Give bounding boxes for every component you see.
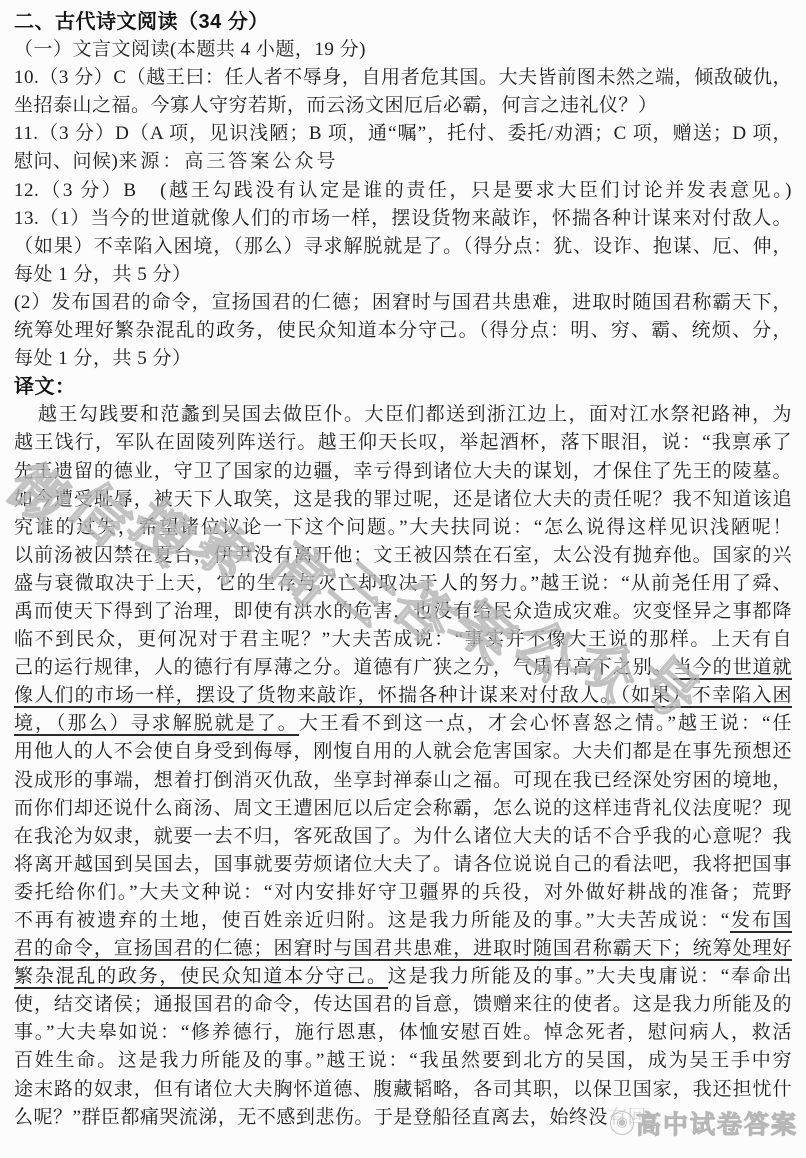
underlined-text: 繁杂混乱的政务，使民众知道本分守己。 — [14, 966, 388, 989]
underlined-text: 当今的世道就 — [673, 657, 792, 680]
text-segment: 事。”大夫皋如说：“修养德行，施行恩惠，体恤安慰百姓。悼念死者，慰问病人，救活 — [14, 1022, 792, 1043]
text-line: 么呢？”群臣都痛哭流涕，无不感到悲伤。于是登船径直离去，始终没有回 — [14, 1104, 792, 1132]
text-line: 像人们的市场一样，摆设了货物来敲诈，怀揣各种计谋来对付敌人。（如果）不幸陷入困 — [14, 682, 792, 710]
text-segment: 以前汤被囚禁在夏台，伊尹没有离开他；文王被囚禁在石室，太公没有抛弃他。国家的兴 — [14, 545, 792, 566]
text-segment: 越王勾践要和范蠡到吴国去做臣仆。大臣们都送到浙江边上，面对江水祭祀路神，为 — [38, 404, 792, 425]
text-segment: （一）文言文阅读(本题共 4 小题，19 分) — [14, 39, 366, 60]
text-segment: 大王看不到这一点，才会心怀喜怒之情。”越王说：“任 — [299, 713, 792, 734]
text-segment: 不再有被遗弃的土地，使百姓亲近归附。这是我力所能及的事。”大夫苦成说：“ — [14, 910, 730, 931]
text-line: 使，结交诸侯；通报国君的命令，传达国君的旨意，馈赠来往的使者。这是我力所能及的 — [14, 991, 792, 1019]
text-segment: 每处 1 分，共 5 分） — [14, 264, 192, 285]
text-segment: 如今遭受耻辱，被天下人取笑，这是我的罪过呢，还是诸位大夫的责任呢？我不知道该追 — [14, 489, 792, 510]
text-line: 13.（1）当今的世道就像人们的市场一样，摆设货物来敲诈，怀揣各种计谋来对付敌人… — [14, 205, 792, 233]
text-segment: 而你们却还说什么商汤、周文王遭困厄以后定会称霸，怎么说的这样违背礼仪法度呢？现 — [14, 798, 792, 819]
text-line: 在我沦为奴隶，就要一去不归，客死敌国了。为什么诸位大夫的话不合乎我的心意呢？我 — [14, 823, 792, 851]
text-line: 越王勾践要和范蠡到吴国去做臣仆。大臣们都送到浙江边上，面对江水祭祀路神，为 — [14, 401, 792, 429]
text-line: 慰问、问候)来源：高三答案公众号 — [14, 148, 792, 176]
text-segment: 究谁的过失，希望诸位议论一下这个问题。”大夫扶同说：“怎么说得这样见识浅陋呢！ — [14, 517, 792, 538]
text-segment: 使，结交诸侯；通报国君的命令，传达国君的旨意，馈赠来往的使者。这是我力所能及的 — [14, 994, 792, 1015]
text-line: 繁杂混乱的政务，使民众知道本分守己。这是我力所能及的事。”大夫曳庸说：“奉命出 — [14, 963, 792, 991]
text-segment: 每处 1 分，共 5 分） — [14, 348, 192, 369]
text-line: 以前汤被囚禁在夏台，伊尹没有离开他；文王被囚禁在石室，太公没有抛弃他。国家的兴 — [14, 542, 792, 570]
text-segment: 二、古代诗文阅读（34 分） — [14, 11, 269, 33]
text-segment: 译文： — [14, 376, 76, 398]
text-line: 而你们却还说什么商汤、周文王遭困厄以后定会称霸，怎么说的这样违背礼仪法度呢？现 — [14, 795, 792, 823]
text-segment: 统筹处理好繁杂混乱的政务，使民众知道本分守己。（得分点：明、穷、霸、统烦、分， — [14, 320, 792, 341]
text-segment: 委托给你们。”大夫文种说：“对内安排好守卫疆界的兵役，对外做好耕战的准备；荒野 — [14, 882, 792, 903]
text-line: 11.（3 分）D（A 项，见识浅陋；B 项，通“嘱”，托付、委托/劝酒；C 项… — [14, 120, 792, 148]
text-line: 没成形的事端，想着打倒消灭仇敌，坐享封禅泰山之福。可现在我已经深处穷困的境地， — [14, 767, 792, 795]
text-line: (2）发布国君的命令，宣扬国君的仁德；困窘时与国君共患难，进取时随国君称霸天下， — [14, 289, 792, 317]
text-line: 越王饯行，军队在固陵列阵送行。越王仰天长叹，举起酒杯，落下眼泪，说：“我禀承了 — [14, 429, 792, 457]
text-line: （一）文言文阅读(本题共 4 小题，19 分) — [14, 36, 792, 64]
text-line: 译文： — [14, 373, 792, 401]
text-line: 盛与衰微取决于上天，它的生存与灭亡却取决于人的努力。”越王说：“从前尧任用了舜、 — [14, 570, 792, 598]
text-segment: 己的运行规律，人的德行有厚薄之分。道德有广狭之分，气质有高下之别。 — [14, 657, 673, 678]
text-line: 如今遭受耻辱，被天下人取笑，这是我的罪过呢，还是诸位大夫的责任呢？我不知道该追 — [14, 486, 792, 514]
text-segment: (2）发布国君的命令，宣扬国君的仁德；困窘时与国君共患难，进取时随国君称霸天下， — [14, 292, 792, 313]
text-segment: 禹而使天下得到了治理，即使有洪水的危害，也没有给民众造成灾难。灾变怪异之事都降 — [14, 601, 792, 622]
text-segment: 临不到民众，更何况对于君主呢？”大夫苦成说：“事实并不像大王说的那样。上天有自 — [14, 629, 792, 650]
text-segment: 在我沦为奴隶，就要一去不归，客死敌国了。为什么诸位大夫的话不合乎我的心意呢？我 — [14, 826, 792, 847]
text-line: 境，（那么）寻求解脱就是了。大王看不到这一点，才会心怀喜怒之情。”越王说：“任 — [14, 710, 792, 738]
text-line: 每处 1 分，共 5 分） — [14, 345, 792, 373]
text-line: 委托给你们。”大夫文种说：“对内安排好守卫疆界的兵役，对外做好耕战的准备；荒野 — [14, 879, 792, 907]
text-line: 己的运行规律，人的德行有厚薄之分。道德有广狭之分，气质有高下之别。当今的世道就 — [14, 654, 792, 682]
underlined-text: 发布国 — [730, 910, 792, 933]
scanned-exam-answer-page: { "page": { "kind": "高中语文试卷答案（扫描文档）", "b… — [0, 0, 806, 1158]
text-segment: 慰问、问候) — [14, 151, 118, 172]
underlined-text: 君的命令，宣扬国君的仁德；困窘时与国君共患难，进取时随国君称霸天下；统筹处理好 — [14, 938, 792, 961]
text-segment: （如果）不幸陷入困境，（那么）寻求解脱就是了。（得分点：犹、设诈、抱谋、厄、伸， — [14, 236, 792, 257]
text-line: 事。”大夫皋如说：“修养德行，施行恩惠，体恤安慰百姓。悼念死者，慰问病人，救活 — [14, 1019, 792, 1047]
text-segment: 用他人的人不会使自身受到侮辱，刚愎自用的人就会危害国家。大夫们都是在事先预想还 — [14, 741, 792, 762]
text-line: 先王遗留的德业，守卫了国家的边疆，幸亏得到诸位大夫的谋划，才保住了先王的陵墓。 — [14, 458, 792, 486]
text-segment: 途末路的奴隶，但有诸位大夫胸怀道德、腹藏韬略，各司其职，以保卫国家，我还担忧什 — [14, 1079, 792, 1100]
text-line: 百姓生命。这是我力所能及的事。”越王说：“我虽然要到北方的吴国，成为吴王手中穷 — [14, 1047, 792, 1075]
text-line: 究谁的过失，希望诸位议论一下这个问题。”大夫扶同说：“怎么说得这样见识浅陋呢！ — [14, 514, 792, 542]
text-segment: 有回 — [608, 1107, 647, 1128]
text-segment: 盛与衰微取决于上天，它的生存与灭亡却取决于人的努力。”越王说：“从前尧任用了舜、 — [14, 573, 792, 594]
text-segment: 百姓生命。这是我力所能及的事。”越王说：“我虽然要到北方的吴国，成为吴王手中穷 — [14, 1050, 792, 1071]
text-segment: 将离开越国到吴国去，国事就要劳烦诸位大夫了。请各位说说自己的看法吧，我将把国事 — [14, 854, 792, 875]
text-line: 10.（3 分）C（越王曰：任人者不辱身，自用者危其国。大夫皆前图未然之端，倾敌… — [14, 64, 792, 92]
text-segment: 这是我力所能及的事。”大夫曳庸说：“奉命出 — [388, 966, 792, 987]
text-line: 临不到民众，更何况对于君主呢？”大夫苦成说：“事实并不像大王说的那样。上天有自 — [14, 626, 792, 654]
text-segment: 13.（1）当今的世道就像人们的市场一样，摆设货物来敲诈，怀揣各种计谋来对付敌人… — [14, 208, 792, 229]
text-line: 不再有被遗弃的土地，使百姓亲近归附。这是我力所能及的事。”大夫苦成说：“发布国 — [14, 907, 792, 935]
text-line: 坐招泰山之福。今寡人守穷若斯，而云汤文困厄后必霸，何言之违礼仪？） — [14, 92, 792, 120]
text-line: 统筹处理好繁杂混乱的政务，使民众知道本分守己。（得分点：明、穷、霸、统烦、分， — [14, 317, 792, 345]
text-segment: 越王饯行，军队在固陵列阵送行。越王仰天长叹，举起酒杯，落下眼泪，说：“我禀承了 — [14, 432, 792, 453]
text-segment: 没成形的事端，想着打倒消灭仇敌，坐享封禅泰山之福。可现在我已经深处穷困的境地， — [14, 770, 792, 791]
text-line: 禹而使天下得到了治理，即使有洪水的危害，也没有给民众造成灾难。灾变怪异之事都降 — [14, 598, 792, 626]
text-line: （如果）不幸陷入困境，（那么）寻求解脱就是了。（得分点：犹、设诈、抱谋、厄、伸， — [14, 233, 792, 261]
text-segment: 11.（3 分）D（A 项，见识浅陋；B 项，通“嘱”，托付、委托/劝酒；C 项… — [14, 123, 792, 144]
text-line: 二、古代诗文阅读（34 分） — [14, 8, 792, 36]
text-segment: 么呢？”群臣都痛哭流涕，无不感到悲伤。于是登船径直离去，始终没 — [14, 1107, 608, 1128]
text-line: 用他人的人不会使自身受到侮辱，刚愎自用的人就会危害国家。大夫们都是在事先预想还 — [14, 738, 792, 766]
text-segment: 12.（3 分）B (越王勾践没有认定是谁的责任，只是要求大臣们讨论并发表意见。… — [14, 180, 792, 201]
text-line: 途末路的奴隶，但有诸位大夫胸怀道德、腹藏韬略，各司其职，以保卫国家，我还担忧什 — [14, 1076, 792, 1104]
document-body: 二、古代诗文阅读（34 分）（一）文言文阅读(本题共 4 小题，19 分)10.… — [0, 0, 806, 1132]
text-line: 12.（3 分）B (越王勾践没有认定是谁的责任，只是要求大臣们讨论并发表意见。… — [14, 177, 792, 205]
text-segment: 10.（3 分）C（越王曰：任人者不辱身，自用者危其国。大夫皆前图未然之端，倾敌… — [14, 67, 792, 88]
underlined-text: 像人们的市场一样，摆设了货物来敲诈，怀揣各种计谋来对付敌人。（如果）不幸陷入困 — [14, 685, 792, 708]
text-line: 每处 1 分，共 5 分） — [14, 261, 792, 289]
underlined-text: 境，（那么）寻求解脱就是了。 — [14, 713, 299, 736]
text-line: 将离开越国到吴国去，国事就要劳烦诸位大夫了。请各位说说自己的看法吧，我将把国事 — [14, 851, 792, 879]
text-line: 君的命令，宣扬国君的仁德；困窘时与国君共患难，进取时随国君称霸天下；统筹处理好 — [14, 935, 792, 963]
text-segment: 来源：高三答案公众号 — [118, 151, 338, 172]
text-segment: 先王遗留的德业，守卫了国家的边疆，幸亏得到诸位大夫的谋划，才保住了先王的陵墓。 — [14, 461, 792, 482]
text-segment: 坐招泰山之福。今寡人守穷若斯，而云汤文困厄后必霸，何言之违礼仪？） — [14, 95, 658, 116]
